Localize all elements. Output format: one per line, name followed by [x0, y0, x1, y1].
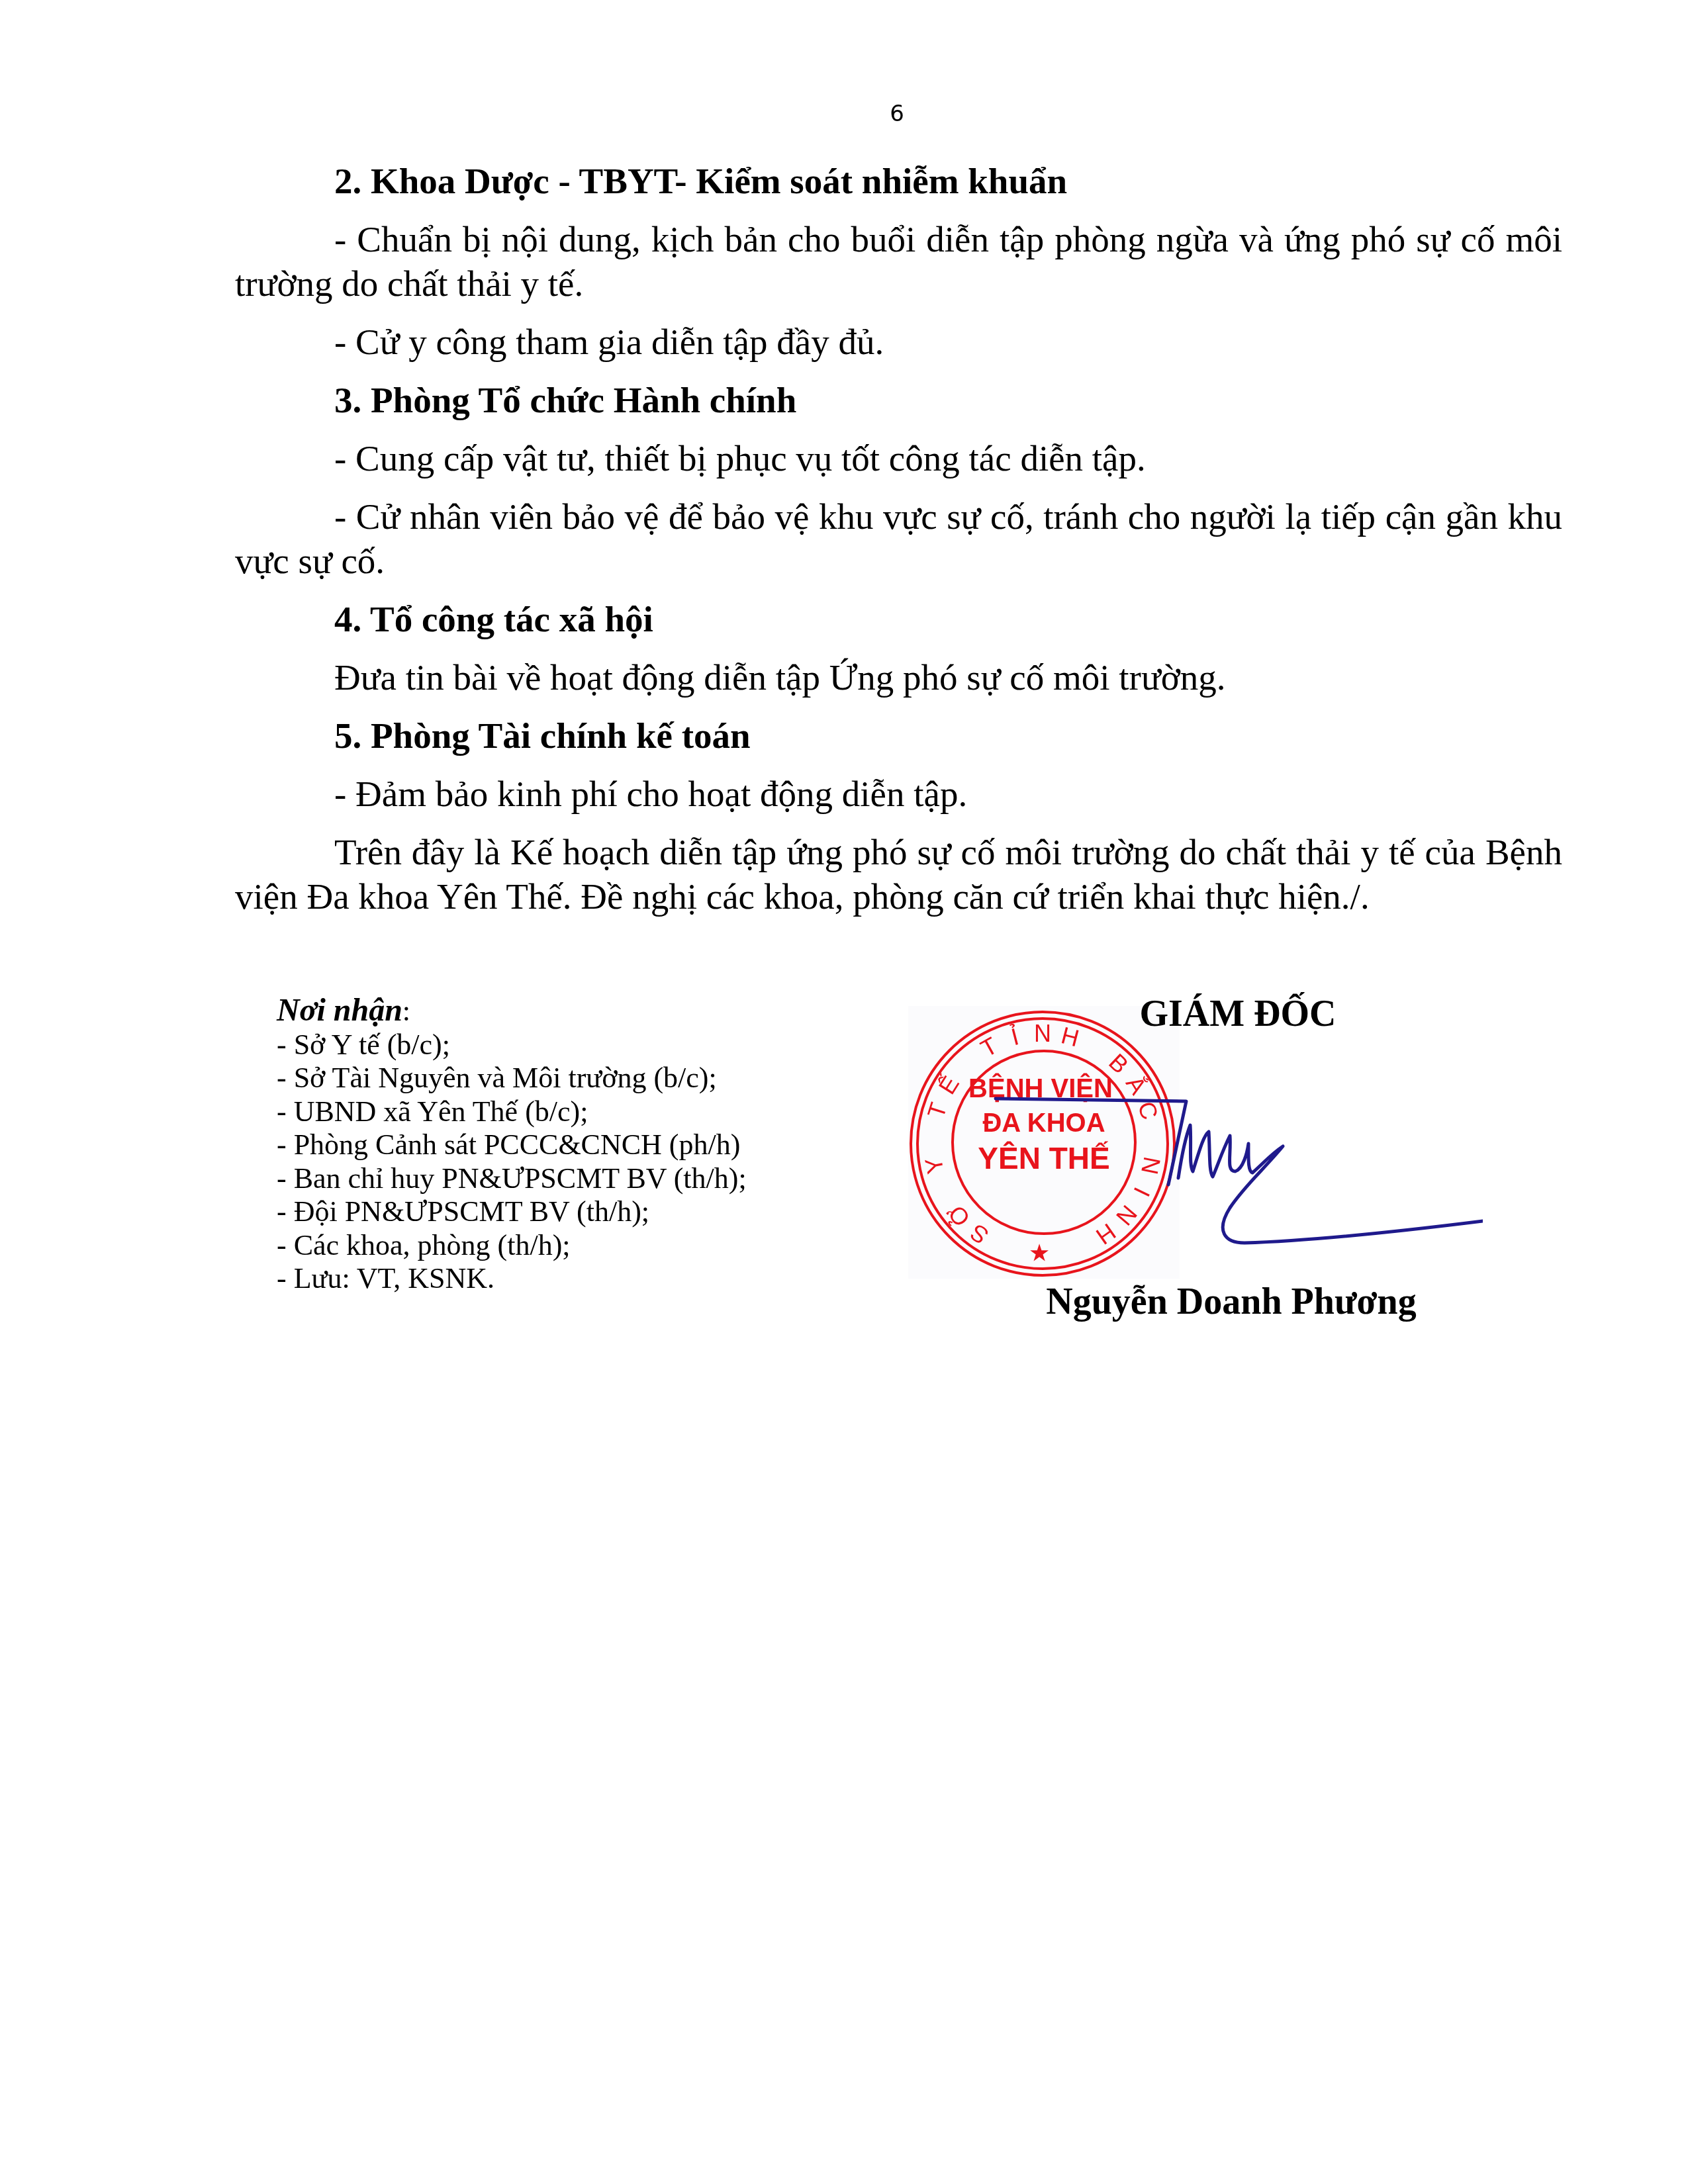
signer-title: GIÁM ĐỐC [1125, 993, 1350, 1035]
recipients-block: Nơi nhận: - Sở Y tế (b/c); - Sở Tài Nguy… [277, 994, 872, 1296]
closing-paragraph: Trên đây là Kế hoạch diễn tập ứng phó sự… [235, 830, 1562, 919]
recipients-heading: Nơi nhận: [277, 994, 872, 1028]
svg-text:T: T [922, 1099, 953, 1121]
svg-text:Ỉ: Ỉ [1008, 1023, 1021, 1050]
svg-text:T: T [976, 1032, 1002, 1063]
section-heading-2: 2. Khoa Dược - TBYT- Kiểm soát nhiễm khu… [235, 159, 1562, 203]
recipient-item: - Sở Tài Nguyên và Môi trường (b/c); [277, 1062, 872, 1095]
handwritten-signature [980, 1072, 1483, 1251]
svg-text:H: H [1058, 1021, 1082, 1052]
recipient-item: - Đội PN&ƯPSCMT BV (th/h); [277, 1195, 872, 1229]
svg-text:N: N [1034, 1020, 1051, 1047]
paragraph: - Đảm bảo kinh phí cho hoạt động diễn tậ… [235, 772, 1562, 816]
paragraph: - Cung cấp vật tư, thiết bị phục vụ tốt … [235, 436, 1562, 480]
svg-text:Ở: Ở [941, 1199, 976, 1232]
recipient-item: - Các khoa, phòng (th/h); [277, 1229, 872, 1263]
section-heading-4: 4. Tổ công tác xã hội [235, 597, 1562, 641]
recipient-item: - Lưu: VT, KSNK. [277, 1262, 872, 1296]
section-heading-5: 5. Phòng Tài chính kế toán [235, 713, 1562, 758]
section-heading-3: 3. Phòng Tổ chức Hành chính [235, 378, 1562, 422]
signer-name: Nguyễn Doanh Phương [1019, 1281, 1443, 1323]
paragraph: - Cử nhân viên bảo vệ để bảo vệ khu vực … [235, 494, 1562, 583]
recipients-colon: : [402, 995, 410, 1027]
recipient-item: - Sở Y tế (b/c); [277, 1028, 872, 1062]
paragraph: Đưa tin bài về hoạt động diễn tập Ứng ph… [235, 655, 1562, 700]
svg-text:Y: Y [919, 1155, 949, 1176]
document-body: 2. Khoa Dược - TBYT- Kiểm soát nhiễm khu… [235, 159, 1562, 919]
recipient-item: - Ban chỉ huy PN&ƯPSCMT BV (th/h); [277, 1162, 872, 1196]
paragraph: - Cử y công tham gia diễn tập đầy đủ. [235, 320, 1562, 364]
recipients-list: - Sở Y tế (b/c); - Sở Tài Nguyên và Môi … [277, 1028, 872, 1296]
paragraph: - Chuẩn bị nội dung, kịch bản cho buổi d… [235, 217, 1562, 306]
recipient-item: - Phòng Cảnh sát PCCC&CNCH (ph/h) [277, 1128, 872, 1162]
page-number: 6 [0, 101, 1688, 127]
recipients-title: Nơi nhận [277, 993, 402, 1028]
recipient-item: - UBND xã Yên Thế (b/c); [277, 1095, 872, 1129]
document-page: 6 2. Khoa Dược - TBYT- Kiểm soát nhiễm k… [0, 0, 1688, 2184]
